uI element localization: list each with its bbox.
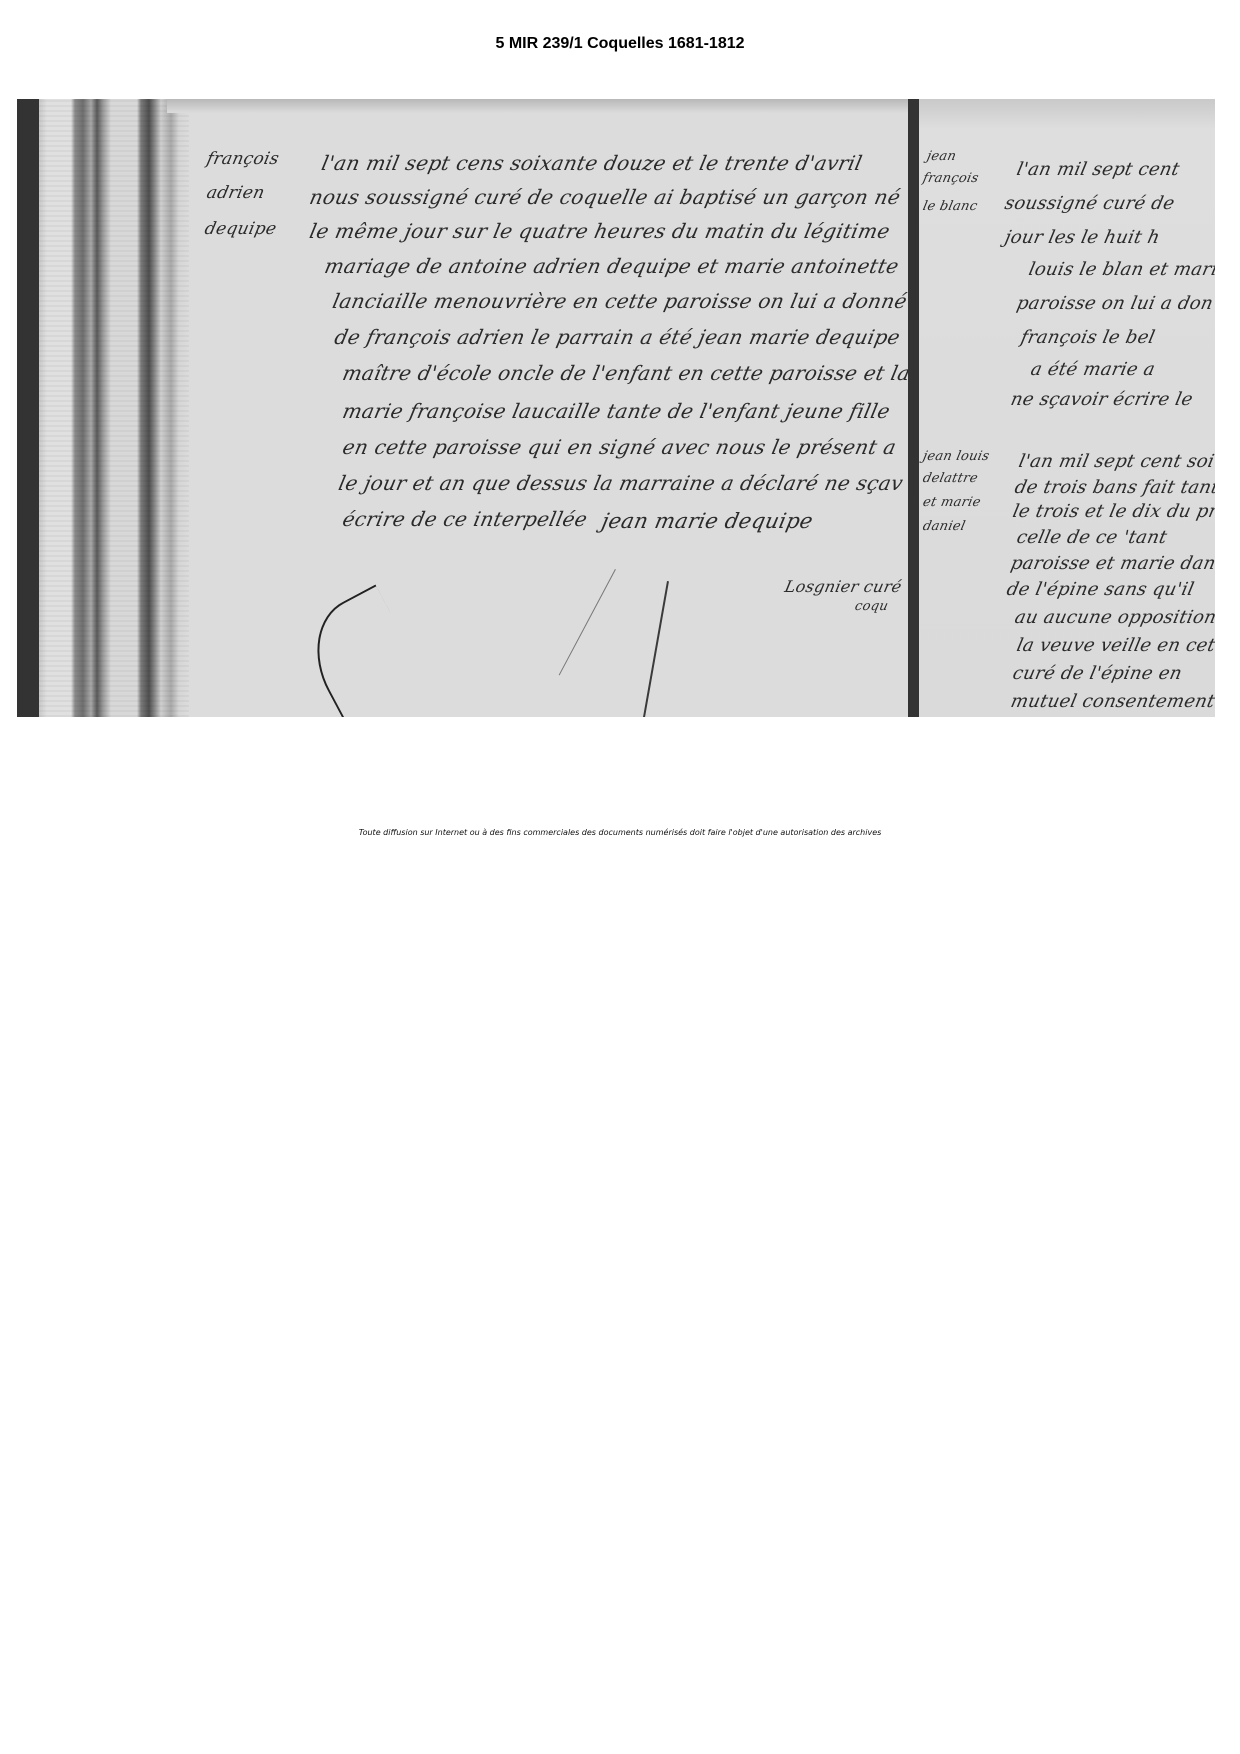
manuscript-line: lanciaille menouvrière en cette paroisse… [330, 289, 986, 313]
manuscript-line: nous soussigné curé de coquelle ai bapti… [307, 185, 902, 209]
manuscript-line: paroisse et marie dani [1009, 553, 1215, 574]
margin-note-line: adrien [205, 183, 267, 203]
manuscript-line: jour les le huit h [1003, 227, 1162, 248]
manuscript-line: françois le bel [1019, 327, 1157, 348]
manuscript-line: mutuel consentement [1009, 691, 1215, 712]
manuscript-line: l'an mil sept cent soi [1017, 451, 1215, 472]
page-title: 5 MIR 239/1 Coquelles 1681-1812 [0, 35, 1240, 53]
manuscript-line: soussigné curé de [1003, 193, 1177, 214]
margin-note-line: jean [925, 149, 957, 164]
manuscript-line: marie françoise laucaille tante de l'enf… [340, 399, 892, 423]
manuscript-line: l'an mil sept cent [1015, 159, 1182, 180]
manuscript-line: de l'épine sans qu'il [1005, 579, 1196, 600]
pen-stroke [643, 581, 669, 717]
book-binding [39, 99, 189, 717]
pen-stroke-curve [294, 584, 432, 717]
signature-cure-location: coqu [853, 599, 889, 614]
manuscript-line: ne sçavoir écrire le [1009, 389, 1195, 410]
manuscript-scan: françois adrien dequipe l'an mil sept ce… [17, 99, 1215, 717]
manuscript-line: le même jour sur le quatre heures du mat… [307, 219, 892, 243]
manuscript-line: de trois bans fait tant [1013, 477, 1215, 498]
margin-note-line: et marie [921, 495, 982, 510]
manuscript-line: de françois adrien le parrain a été jean… [332, 325, 902, 349]
manuscript-line: la veuve veille en cette [1015, 635, 1215, 656]
page-divider [908, 99, 919, 717]
margin-note-line: françois [921, 171, 980, 186]
margin-note-line: jean louis [921, 449, 990, 464]
margin-note-line: françois [205, 149, 281, 169]
signature-cure: Losgnier curé [783, 577, 904, 596]
margin-note-line: delattre [921, 471, 979, 486]
margin-note-line: daniel [921, 519, 966, 534]
manuscript-line: mariage de antoine adrien dequipe et mar… [322, 254, 901, 278]
right-page: jean françois le blanc jean louis delatt… [919, 99, 1215, 717]
manuscript-line: le trois et le dix du pr [1011, 501, 1215, 522]
manuscript-line: écrire de ce interpellée [340, 507, 589, 531]
copyright-notice: Toute diffusion sur Internet ou à des fi… [0, 828, 1240, 837]
manuscript-line: celle de ce 'tant [1015, 527, 1169, 548]
manuscript-line: a été marie a [1029, 359, 1157, 380]
pen-stroke [559, 569, 616, 675]
manuscript-line: curé de l'épine en [1011, 663, 1184, 684]
manuscript-line: paroisse on lui a don [1015, 293, 1215, 314]
manuscript-line: au aucune opposition [1013, 607, 1215, 628]
margin-note-line: le blanc [921, 199, 978, 214]
manuscript-line: l'an mil sept cens soixante douze et le … [319, 151, 864, 175]
scan-left-edge [17, 99, 39, 717]
manuscript-line: le jour et an que dessus la marraine a d… [336, 471, 905, 495]
signature-jean-marie-dequipe: jean marie dequipe [599, 509, 815, 533]
manuscript-line: maître d'école oncle de l'enfant en cett… [340, 361, 960, 385]
manuscript-line: louis le blan et mari [1027, 259, 1215, 280]
manuscript-line: en cette paroisse qui en signé avec nous… [340, 435, 898, 459]
margin-note-line: dequipe [203, 219, 279, 239]
